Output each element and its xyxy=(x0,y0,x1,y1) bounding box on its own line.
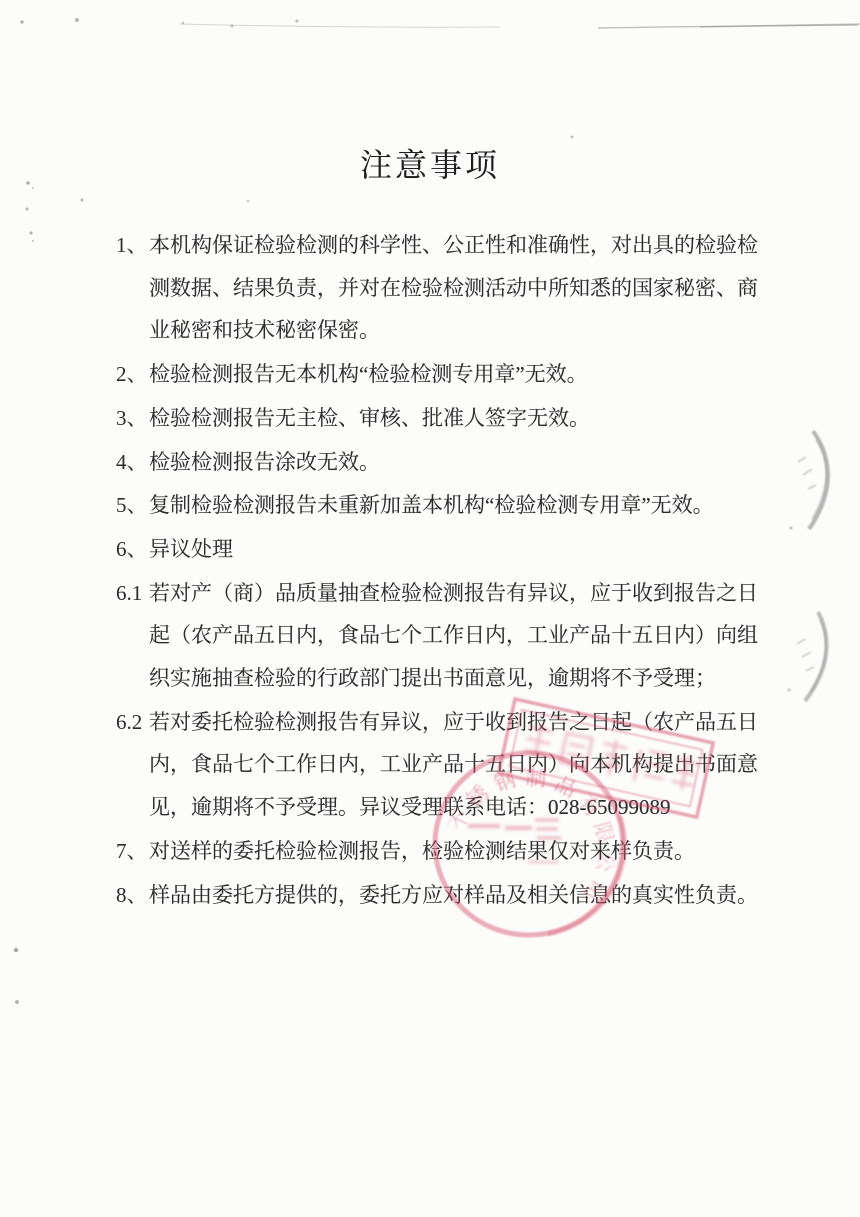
item-line: 复制检验检测报告未重新加盖本机构“检验检测专用章”无效。 xyxy=(149,484,796,527)
item-line: 检验检测报告无本机构“检验检测专用章”无效。 xyxy=(149,353,796,396)
item-line: 对送样的委托检验检测报告，检验检测结果仅对来样负责。 xyxy=(149,830,796,873)
item-line: 检验检测报告无主检、审核、批准人签字无效。 xyxy=(149,397,796,440)
item-line: 本机构保证检验检测的科学性、公正性和准确性，对出具的检验检 xyxy=(149,224,796,267)
item-line: 业秘密和技术秘密保密。 xyxy=(149,309,796,352)
item-line: 若对委托检验检测报告有异议，应于收到报告之日起（农产品五日 xyxy=(149,701,796,744)
page-title: 注意事项 xyxy=(0,140,860,186)
notice-item: 6.2若对委托检验检测报告有异议，应于收到报告之日起（农产品五日内，食品七个工作… xyxy=(116,701,796,829)
item-number: 6.2 xyxy=(116,701,142,744)
item-line: 起（农产品五日内，食品七个工作日内，工业产品十五日内）向组 xyxy=(149,614,796,657)
item-number: 6.1 xyxy=(116,572,142,615)
notice-item: 6、异议处理 xyxy=(116,528,796,571)
scan-scratch-line xyxy=(180,24,860,28)
item-number: 2、 xyxy=(116,353,148,396)
item-line: 测数据、结果负责，并对在检验检测活动中所知悉的国家秘密、商 xyxy=(149,267,796,310)
item-number: 6、 xyxy=(116,528,148,571)
item-number: 3、 xyxy=(116,397,148,440)
item-number: 8、 xyxy=(116,874,148,917)
item-line: 异议处理 xyxy=(149,528,796,571)
item-line: 织实施抽查检验的行政部门提出书面意见，逾期将不予受理； xyxy=(149,657,796,700)
notice-item: 4、检验检测报告涂改无效。 xyxy=(116,441,796,484)
item-number: 4、 xyxy=(116,441,148,484)
notice-item: 1、本机构保证检验检测的科学性、公正性和准确性，对出具的检验检测数据、结果负责，… xyxy=(116,224,796,352)
notice-item: 3、检验检测报告无主检、审核、批准人签字无效。 xyxy=(116,397,796,440)
notice-item: 8、样品由委托方提供的，委托方应对样品及相关信息的真实性负责。 xyxy=(116,874,796,917)
item-line: 样品由委托方提供的，委托方应对样品及相关信息的真实性负责。 xyxy=(149,874,796,917)
item-line: 内，食品七个工作日内，工业产品十五日内）向本机构提出书面意 xyxy=(149,743,796,786)
notice-item: 2、检验检测报告无本机构“检验检测专用章”无效。 xyxy=(116,353,796,396)
item-line: 若对产（商）品质量抽查检验检测报告有异议，应于收到报告之日 xyxy=(149,572,796,615)
item-number: 1、 xyxy=(116,224,148,267)
notice-list: 1、本机构保证检验检测的科学性、公正性和准确性，对出具的检验检测数据、结果负责，… xyxy=(116,224,796,917)
item-line: 见，逾期将不予受理。异议受理联系电话：028-65099089 xyxy=(149,786,796,829)
notice-item: 5、复制检验检测报告未重新加盖本机构“检验检测专用章”无效。 xyxy=(116,484,796,527)
document-page: 注意事项 1、本机构保证检验检测的科学性、公正性和准确性，对出具的检验检测数据、… xyxy=(0,0,860,1217)
notice-item: 6.1若对产（商）品质量抽查检验检测报告有异议，应于收到报告之日起（农产品五日内… xyxy=(116,572,796,700)
notice-item: 7、对送样的委托检验检测报告，检验检测结果仅对来样负责。 xyxy=(116,830,796,873)
item-number: 7、 xyxy=(116,830,148,873)
item-number: 5、 xyxy=(116,484,148,527)
item-line: 检验检测报告涂改无效。 xyxy=(149,441,796,484)
